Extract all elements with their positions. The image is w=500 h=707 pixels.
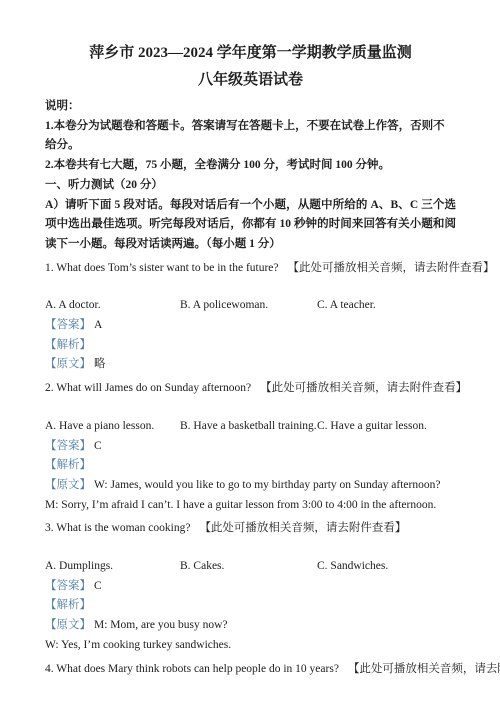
answer-label: 【答案】 xyxy=(45,580,91,592)
analysis-line: 【解析】 xyxy=(45,336,456,356)
question-stem: 3. What is the woman cooking? xyxy=(45,522,190,534)
option-a: A. Dumplings. xyxy=(45,557,180,577)
transcript-label: 【原文】 xyxy=(45,619,91,631)
notes-label: 说明： xyxy=(45,97,456,117)
answer-line: 【答案】A xyxy=(45,316,456,336)
analysis-label: 【解析】 xyxy=(45,599,91,611)
note-line-1: 1.本卷分为试题卷和答题卡。答案请写在答题卡上，不要在试卷上作答，否则不给分。 xyxy=(45,117,456,156)
question-stem: 1. What does Tom’s sister want to be in … xyxy=(45,262,279,274)
exam-paper-page: 萍乡市 2023—2024 学年度第一学期教学质量监测 八年级英语试卷 说明： … xyxy=(0,0,500,707)
transcript-text: M: Mom, are you busy now? xyxy=(94,619,228,631)
transcript-line: 【原文】M: Mom, are you busy now? xyxy=(45,616,456,636)
analysis-label: 【解析】 xyxy=(45,339,91,351)
option-b: B. Cakes. xyxy=(180,557,317,577)
transcript-line-2: W: Yes, I’m cooking turkey sandwiches. xyxy=(45,636,456,656)
transcript-line-2: M: Sorry, I’m afraid I can’t. I have a g… xyxy=(45,496,456,516)
option-b: B. A policewoman. xyxy=(180,296,317,316)
audio-placeholder-gap xyxy=(45,278,456,296)
notes-section: 说明： 1.本卷分为试题卷和答题卡。答案请写在答题卡上，不要在试卷上作答，否则不… xyxy=(45,97,456,176)
question-stem: 2. What will James do on Sunday afternoo… xyxy=(45,382,251,394)
transcript-line: 【原文】略 xyxy=(45,355,456,375)
option-b: B. Have a basketball training. xyxy=(180,417,317,437)
audio-note-badge: 【此处可播放相关音频，请去附件查看】 xyxy=(348,663,500,675)
answer-label: 【答案】 xyxy=(45,440,91,452)
transcript-line: 【原文】W: James, would you like to go to my… xyxy=(45,476,456,496)
note-line-2: 2.本卷共有七大题，75 小题，全卷满分 100 分，考试时间 100 分钟。 xyxy=(45,156,456,176)
option-c: C. Sandwiches. xyxy=(317,557,456,577)
question-block-2: 2. What will James do on Sunday afternoo… xyxy=(45,379,456,515)
audio-note-badge: 【此处可播放相关音频，请去附件查看】 xyxy=(260,382,467,394)
audio-note-badge: 【此处可播放相关音频，请去附件查看】 xyxy=(199,522,406,534)
question-block-4: 4. What does Mary think robots can help … xyxy=(45,660,456,680)
audio-placeholder-gap xyxy=(45,539,456,557)
analysis-label: 【解析】 xyxy=(45,459,91,471)
analysis-line: 【解析】 xyxy=(45,456,456,476)
option-c: C. Have a guitar lesson. xyxy=(317,417,456,437)
answer-value: C xyxy=(94,440,102,452)
answer-line: 【答案】C xyxy=(45,577,456,597)
options-row: A. A doctor. B. A policewoman. C. A teac… xyxy=(45,296,456,316)
transcript-text: 略 xyxy=(94,358,106,370)
options-row: A. Dumplings. B. Cakes. C. Sandwiches. xyxy=(45,557,456,577)
option-a: A. A doctor. xyxy=(45,296,180,316)
transcript-label: 【原文】 xyxy=(45,358,91,370)
answer-label: 【答案】 xyxy=(45,319,91,331)
audio-note-badge: 【此处可播放相关音频，请去附件查看】 xyxy=(288,262,495,274)
answer-line: 【答案】C xyxy=(45,437,456,457)
option-c: C. A teacher. xyxy=(317,296,456,316)
analysis-line: 【解析】 xyxy=(45,596,456,616)
transcript-label: 【原文】 xyxy=(45,479,91,491)
question-text-1: 1. What does Tom’s sister want to be in … xyxy=(45,259,456,279)
page-subtitle: 八年级英语试卷 xyxy=(45,71,456,89)
question-text-3: 3. What is the woman cooking?【此处可播放相关音频，… xyxy=(45,519,456,539)
question-block-3: 3. What is the woman cooking?【此处可播放相关音频，… xyxy=(45,519,456,655)
question-stem: 4. What does Mary think robots can help … xyxy=(45,663,339,675)
option-a: A. Have a piano lesson. xyxy=(45,417,180,437)
audio-placeholder-gap xyxy=(45,399,456,417)
answer-value: C xyxy=(94,580,102,592)
page-title: 萍乡市 2023—2024 学年度第一学期教学质量监测 xyxy=(45,44,456,62)
options-row: A. Have a piano lesson. B. Have a basket… xyxy=(45,417,456,437)
question-text-4: 4. What does Mary think robots can help … xyxy=(45,660,456,680)
question-block-1: 1. What does Tom’s sister want to be in … xyxy=(45,259,456,376)
section-heading: 一、听力测试（20 分） xyxy=(45,176,456,196)
section-instructions: A）请听下面 5 段对话。每段对话后有一个小题，从题中所给的 A、B、C 三个选… xyxy=(45,196,456,255)
answer-value: A xyxy=(94,319,102,331)
transcript-text: W: James, would you like to go to my bir… xyxy=(94,479,440,491)
question-text-2: 2. What will James do on Sunday afternoo… xyxy=(45,379,456,399)
